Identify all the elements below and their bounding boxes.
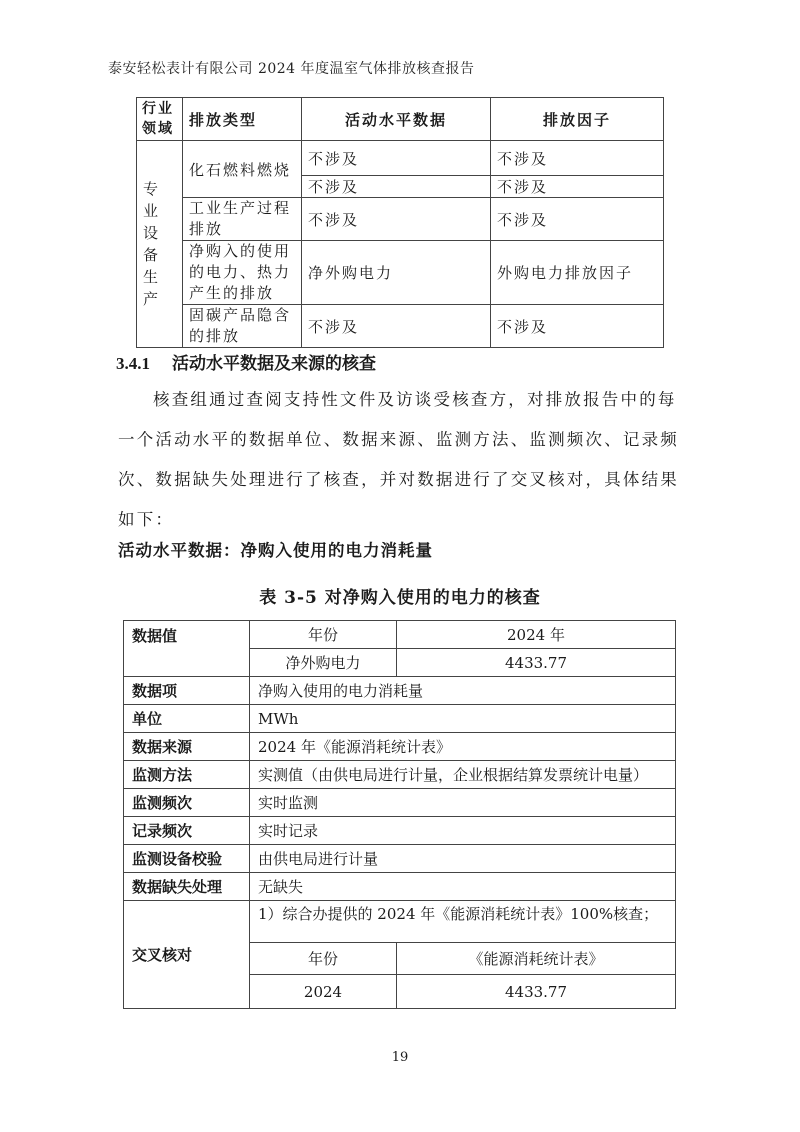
cross-check-year: 2024	[250, 975, 397, 1009]
emission-type-cell: 净购入的使用的电力、热力产生的排放	[183, 241, 302, 305]
section-heading: 3.4.1活动水平数据及来源的核查	[116, 349, 376, 374]
emission-type-cell: 工业生产过程排放	[183, 198, 302, 241]
emission-type-cell: 固碳产品隐含的排放	[183, 305, 302, 348]
factor-cell: 不涉及	[491, 305, 664, 348]
year-value: 2024 年	[397, 621, 676, 649]
activity-cell: 不涉及	[302, 305, 491, 348]
row-value: MWh	[250, 705, 676, 733]
page-number: 19	[0, 1050, 800, 1065]
activity-cell: 净外购电力	[302, 241, 491, 305]
row-value: 实时记录	[250, 817, 676, 845]
header-emission-type: 排放类型	[183, 98, 302, 141]
row-label: 数据来源	[124, 733, 250, 761]
activity-cell: 不涉及	[302, 141, 491, 176]
factor-cell: 不涉及	[491, 198, 664, 241]
body-paragraph: 核查组通过查阅支持性文件及访谈受核查方，对排放报告中的每一个活动水平的数据单位、…	[118, 380, 683, 540]
subheading: 活动水平数据：净购入使用的电力消耗量	[118, 537, 433, 561]
row-value: 实时监测	[250, 789, 676, 817]
row-label: 记录频次	[124, 817, 250, 845]
row-value: 2024 年《能源消耗统计表》	[250, 733, 676, 761]
row-value: 由供电局进行计量	[250, 845, 676, 873]
factor-cell: 外购电力排放因子	[491, 241, 664, 305]
activity-cell: 不涉及	[302, 176, 491, 198]
row-label: 单位	[124, 705, 250, 733]
header-activity-data: 活动水平数据	[302, 98, 491, 141]
row-label: 监测频次	[124, 789, 250, 817]
sector-cell: 专业设备生产	[137, 141, 183, 348]
factor-cell: 不涉及	[491, 141, 664, 176]
section-number: 3.4.1	[116, 354, 150, 373]
row-label: 监测设备校验	[124, 845, 250, 873]
emission-type-table: 行业领域 排放类型 活动水平数据 排放因子 专业设备生产 化石燃料燃烧 不涉及 …	[136, 97, 664, 348]
header-emission-factor: 排放因子	[491, 98, 664, 141]
cross-check-header-year: 年份	[250, 943, 397, 975]
item-value: 4433.77	[397, 649, 676, 677]
header-sector: 行业领域	[137, 98, 183, 141]
document-header: 泰安轻松表计有限公司 2024 年度温室气体排放核查报告	[108, 58, 475, 78]
factor-cell: 不涉及	[491, 176, 664, 198]
row-value: 无缺失	[250, 873, 676, 901]
table-caption: 表 3-5 对净购入使用的电力的核查	[0, 583, 800, 608]
cross-check-label: 交叉核对	[124, 901, 250, 1009]
row-label: 数据项	[124, 677, 250, 705]
electricity-verification-table: 数据值 年份 2024 年 净外购电力 4433.77 数据项净购入使用的电力消…	[123, 620, 676, 1009]
year-label: 年份	[250, 621, 397, 649]
row-label: 监测方法	[124, 761, 250, 789]
section-title: 活动水平数据及来源的核查	[172, 354, 376, 374]
cross-check-value: 4433.77	[397, 975, 676, 1009]
row-value: 实测值（由供电局进行计量，企业根据结算发票统计电量）	[250, 761, 676, 789]
item-label: 净外购电力	[250, 649, 397, 677]
activity-cell: 不涉及	[302, 198, 491, 241]
label-data-value: 数据值	[124, 621, 250, 677]
row-label: 数据缺失处理	[124, 873, 250, 901]
row-value: 净购入使用的电力消耗量	[250, 677, 676, 705]
cross-check-note: 1）综合办提供的 2024 年《能源消耗统计表》100%核查；	[250, 901, 676, 943]
emission-type-cell: 化石燃料燃烧	[183, 141, 302, 198]
cross-check-header-source: 《能源消耗统计表》	[397, 943, 676, 975]
